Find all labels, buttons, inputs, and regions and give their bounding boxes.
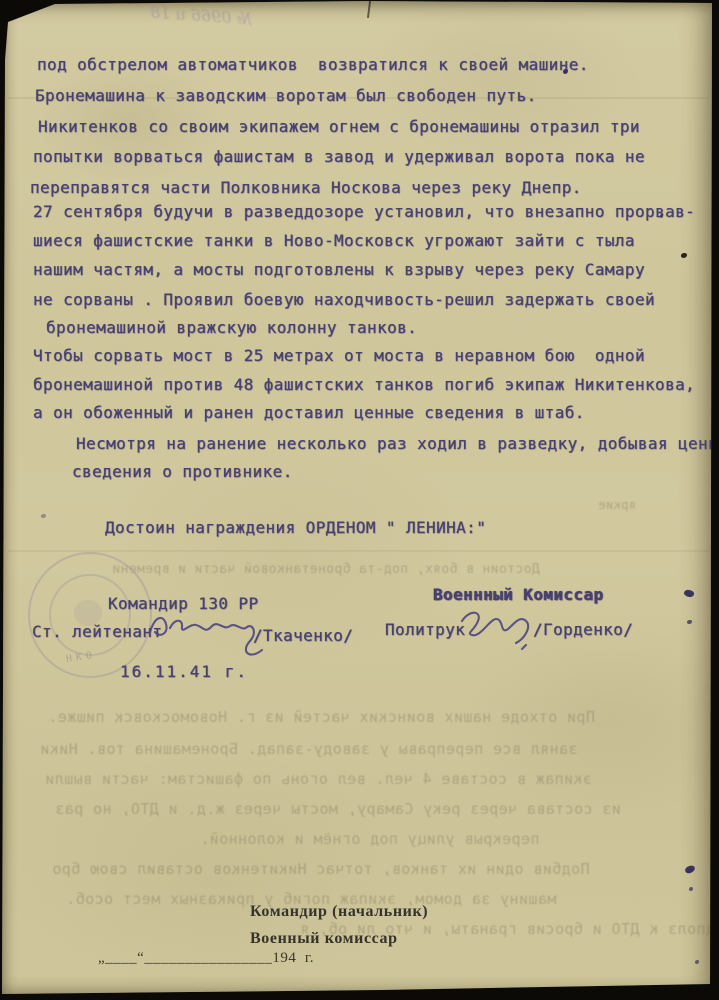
left-signer-name: /Ткаченко/ bbox=[253, 626, 353, 645]
signature-tkachenko bbox=[146, 608, 266, 664]
ink-speck bbox=[687, 620, 692, 624]
bleed-through-text: При отходе наших воинских частей из г. Н… bbox=[48, 708, 595, 726]
signature-gordenko bbox=[456, 605, 542, 653]
typed-line: Бронемашина к заводским воротам был своб… bbox=[35, 86, 537, 105]
right-signer-title: Военнный Комиссар bbox=[433, 585, 604, 604]
bleed-through-text: занял все переправы у заводу-запад. Брон… bbox=[40, 740, 578, 758]
bleed-through-text: из состава через реку Самару, мосты чере… bbox=[55, 800, 621, 818]
footer-date-blank: „____“________________194 г. bbox=[98, 950, 314, 967]
typed-line: попытки ворваться фашистам в завод и уде… bbox=[33, 147, 645, 166]
paper-hole bbox=[681, 253, 687, 258]
typed-line: шиеся фашистские танки в Ново-Московск у… bbox=[33, 231, 635, 250]
bleed-through-text: Подбив один их танков, тотчас Никитенков… bbox=[52, 860, 590, 878]
handwritten-note: № 0966 и 18 bbox=[149, 2, 252, 28]
bleed-through-text: яркие bbox=[598, 498, 636, 512]
typed-line: сведения о противнике. bbox=[72, 462, 293, 481]
typed-line: не сорваны . Проявил боевую находчивость… bbox=[33, 290, 655, 309]
typed-line: Чтобы сорвать мост в 25 метрах от моста … bbox=[33, 346, 645, 365]
footer-commander-label: Командир (начальник) bbox=[250, 903, 428, 921]
bleed-through-text: экипаж в составе 4 чел. вел огонь по фаш… bbox=[45, 770, 592, 788]
bleed-through-text: перекрыв улицу под огнём и колонной. bbox=[200, 830, 540, 848]
right-signer-name: /Горденко/ bbox=[533, 620, 633, 639]
ink-speck bbox=[689, 887, 693, 891]
typed-line: Никитенков со своим экипажем огнем с бро… bbox=[38, 117, 640, 136]
typed-line: под обстрелом автоматчиков возвратился к… bbox=[37, 55, 589, 74]
ink-speck bbox=[695, 960, 699, 964]
document-page: № 0966 и 18 яркие Достоин в боях, под-та… bbox=[0, 0, 719, 1000]
bleed-through-text: Достоин в боях, под-та бронетанковой час… bbox=[112, 562, 540, 577]
ink-blot bbox=[683, 589, 695, 599]
typed-line: нашим частям, а мосты подготовлены к взр… bbox=[33, 260, 645, 279]
typed-line: а он обоженный и ранен доставил ценные с… bbox=[33, 403, 585, 422]
scan-background: № 0966 и 18 яркие Достоин в боях, под-та… bbox=[0, 0, 719, 1000]
typed-line: бронемашиной вражскую колонну танков. bbox=[46, 318, 417, 337]
stamp-text: НКО bbox=[65, 650, 96, 665]
paper-crease bbox=[8, 550, 710, 552]
typed-line: бронемашиной против 48 фашистских танков… bbox=[33, 375, 695, 394]
left-signer-rank: Ст. лейтенант bbox=[32, 622, 162, 641]
ink-speck bbox=[41, 514, 46, 518]
typed-line: переправятся части Полковника Носкова че… bbox=[30, 178, 582, 197]
typed-line: 27 сентября будучи в разведдозоре устано… bbox=[33, 202, 695, 221]
right-signer-rank: Политрук bbox=[385, 620, 465, 639]
footer-commissar-label: Военный комиссар bbox=[250, 930, 398, 948]
document-date: 16.11.41 г. bbox=[120, 662, 248, 681]
paper-tear bbox=[367, 1, 371, 18]
award-line: Достоин награждения ОРДЕНОМ " ЛЕНИНА:" bbox=[105, 518, 486, 537]
ink-blot bbox=[684, 865, 695, 874]
round-stamp: НКО bbox=[28, 552, 152, 678]
typed-line: Несмотря на ранение несколько раз ходил … bbox=[76, 434, 719, 453]
